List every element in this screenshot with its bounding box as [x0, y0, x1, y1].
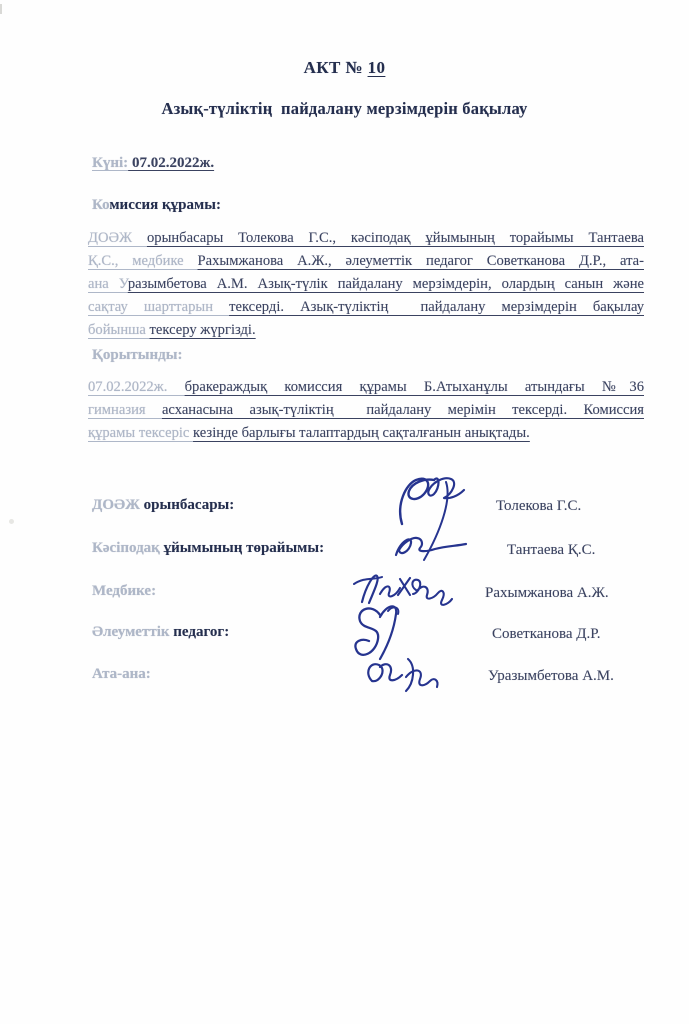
text-segment: ұйымының төрайымы:: [164, 540, 325, 556]
signature-name-urazymbetova: Уразымбетова А.М.: [488, 668, 614, 685]
text-segment: орынбасары Толекова Г.С., кәсіподақ ұйым…: [147, 230, 644, 246]
text-segment: миссия құрамы:: [109, 197, 221, 213]
text-segment: Ко: [92, 197, 109, 213]
paragraph-line: ДОӘЖ орынбасары Толекова Г.С., кәсіподақ…: [88, 227, 644, 250]
text-segment: педагог:: [173, 624, 229, 640]
act-number: 10: [368, 58, 386, 77]
text-segment: сақтау шарттарын: [88, 299, 229, 315]
text-segment: ана У: [88, 276, 128, 292]
text-segment: асханасына азық-түліктің пайдалану мерім…: [162, 402, 644, 418]
paragraph-line: сақтау шарттарын тексерді. Азық-түліктің…: [88, 296, 644, 319]
commission-heading: Комиссия құрамы:: [92, 197, 221, 214]
text-segment: гимназия: [88, 402, 162, 418]
text-segment: бойынша: [88, 322, 150, 338]
paragraph-line: құрамы тексеріс кезінде барлығы талаптар…: [88, 422, 644, 445]
document-subtitle: Азық-түліктің пайдалану мерзімдерін бақы…: [0, 99, 689, 119]
text-segment: ДОӘЖ: [88, 230, 147, 246]
scanned-document-page: АКТ № 10 Азық-түліктің пайдалану мерзімд…: [0, 0, 689, 1024]
text-segment: ДОӘЖ: [92, 497, 144, 513]
text-segment: 07.02.2022ж.: [128, 155, 214, 171]
text-segment: тексерді. Азық-түліктің пайдалану мерзім…: [229, 299, 644, 315]
text-segment: Қорытынды:: [92, 347, 182, 363]
paragraph-line: бойынша тексеру жүргізді.: [88, 319, 644, 342]
signature-ink-urazymbetova: [360, 653, 446, 695]
text-segment: Әлеуметтік: [92, 624, 173, 640]
text-segment: Рахымжанова А.Ж., әлеуметтік педагог Сов…: [198, 253, 644, 269]
signature-label-union: Кәсіподақ ұйымының төрайымы:: [92, 540, 324, 557]
signature-label-dozh: ДОӘЖ орынбасары:: [92, 497, 234, 514]
signature-label-parent: Ата-ана:: [92, 666, 151, 683]
paragraph-line: ана Уразымбетова А.М. Азық-түлік пайдала…: [88, 273, 644, 296]
text-segment: Кәсіподақ: [92, 540, 164, 556]
title-prefix: АКТ №: [304, 58, 368, 77]
signature-name-rakhymzhanova: Рахымжанова А.Ж.: [485, 585, 609, 602]
date-line: Күні: 07.02.2022ж.: [92, 155, 214, 172]
conclusion-paragraph: 07.02.2022ж. бракераждық комиссия құрамы…: [88, 376, 644, 445]
scan-artifact-dot: [9, 519, 14, 524]
conclusion-heading: Қорытынды:: [92, 347, 182, 364]
signature-label-pedagog: Әлеуметтік педагог:: [92, 624, 229, 641]
text-segment: разымбетова А.М. Азық-түлік пайдалану ме…: [128, 276, 644, 292]
document-title: АКТ № 10: [0, 58, 689, 78]
text-segment: Күні:: [92, 155, 128, 171]
text-segment: кезінде барлығы талаптардың сақталғанын …: [193, 425, 530, 441]
commission-paragraph: ДОӘЖ орынбасары Толекова Г.С., кәсіподақ…: [88, 227, 644, 342]
text-segment: Ата-ана:: [92, 666, 151, 682]
text-segment: Медбике:: [92, 583, 156, 599]
text-segment: 07.02.2022ж.: [88, 379, 185, 395]
text-segment: орынбасары:: [144, 497, 235, 513]
signature-name-tolekova: Толекова Г.С.: [496, 498, 581, 515]
paragraph-line: гимназия асханасына азық-түліктің пайдал…: [88, 399, 644, 422]
text-segment: құрамы тексеріс: [88, 425, 193, 441]
text-segment: тексеру жүргізді.: [150, 322, 256, 338]
paragraph-line: 07.02.2022ж. бракераждық комиссия құрамы…: [88, 376, 644, 399]
signature-name-tantaeva: Тантаева Қ.С.: [507, 542, 595, 559]
text-segment: Қ.С., медбике: [88, 253, 198, 269]
signature-name-sovetkanova: Советканова Д.Р.: [492, 626, 600, 643]
signature-label-nurse: Медбике:: [92, 583, 156, 600]
paragraph-line: Қ.С., медбике Рахымжанова А.Ж., әлеуметт…: [88, 250, 644, 273]
signature-ink-tantaeva: [390, 531, 470, 565]
text-segment: бракераждық комиссия құрамы Б.Атыханұлы …: [185, 379, 644, 395]
scan-artifact: [0, 4, 2, 14]
